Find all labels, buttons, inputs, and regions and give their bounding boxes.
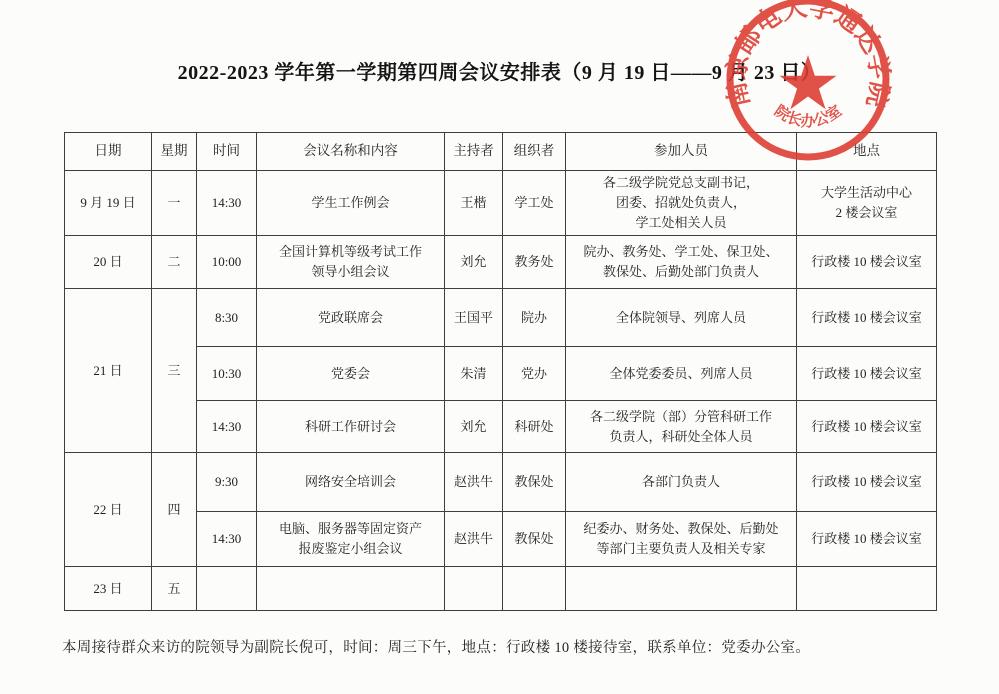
time-cell: 14:30 [197,171,257,236]
meeting-name-cell: 学生工作例会 [257,171,445,236]
table-row: 23 日 五 [65,567,937,611]
page-title: 2022-2023 学年第一学期第四周会议安排表（9 月 19 日——9 月 2… [0,56,999,85]
host-cell: 赵洪牛 [445,512,503,567]
date-cell: 21 日 [65,289,152,453]
meeting-name-cell: 全国计算机等级考试工作 领导小组会议 [257,236,445,289]
header-host: 主持者 [445,133,503,171]
host-cell: 王楷 [445,171,503,236]
participants-cell: 各二级学院党总支副书记， 团委、招就处负责人， 学工处相关人员 [566,171,797,236]
time-cell: 9:30 [197,453,257,512]
table-row: 22 日 四 9:30 网络安全培训会 赵洪牛 教保处 各部门负责人 行政楼 1… [65,453,937,512]
table-header-row: 日期 星期 时间 会议名称和内容 主持者 组织者 参加人员 地点 [65,133,937,171]
organizer-cell: 院办 [503,289,566,347]
meeting-name-cell [257,567,445,611]
organizer-cell: 教保处 [503,512,566,567]
organizer-cell: 学工处 [503,171,566,236]
host-cell: 朱清 [445,347,503,401]
weekday-cell: 三 [152,289,197,453]
time-cell: 10:30 [197,347,257,401]
participants-cell: 各部门负责人 [566,453,797,512]
location-cell: 行政楼 10 楼会议室 [797,347,937,401]
meeting-name-cell: 党政联席会 [257,289,445,347]
organizer-cell: 科研处 [503,401,566,453]
host-cell: 刘允 [445,236,503,289]
svg-text:南京邮电大学通达学院: 南京邮电大学通达学院 [722,0,894,110]
participants-cell: 院办、教务处、学工处、保卫处、 教保处、后勤处部门负责人 [566,236,797,289]
seal-office-text: 院长办公室 [771,102,845,130]
header-meeting-name: 会议名称和内容 [257,133,445,171]
organizer-cell: 党办 [503,347,566,401]
meeting-name-cell: 网络安全培训会 [257,453,445,512]
date-cell: 23 日 [65,567,152,611]
header-weekday: 星期 [152,133,197,171]
location-cell: 行政楼 10 楼会议室 [797,512,937,567]
table-row: 20 日 二 10:00 全国计算机等级考试工作 领导小组会议 刘允 教务处 院… [65,236,937,289]
location-cell: 行政楼 10 楼会议室 [797,453,937,512]
location-cell [797,567,937,611]
header-participants: 参加人员 [566,133,797,171]
host-cell: 王国平 [445,289,503,347]
weekday-cell: 四 [152,453,197,567]
weekday-cell: 一 [152,171,197,236]
meeting-name-cell: 电脑、服务器等固定资产 报废鉴定小组会议 [257,512,445,567]
participants-cell: 全体党委委员、列席人员 [566,347,797,401]
organizer-cell [503,567,566,611]
organizer-cell: 教保处 [503,453,566,512]
host-cell: 赵洪牛 [445,453,503,512]
organizer-cell: 教务处 [503,236,566,289]
table-row: 9 月 19 日 一 14:30 学生工作例会 王楷 学工处 各二级学院党总支副… [65,171,937,236]
seal-ring-text: 南京邮电大学通达学院 [722,0,894,110]
svg-text:院长办公室: 院长办公室 [771,102,845,130]
weekday-cell: 二 [152,236,197,289]
participants-cell [566,567,797,611]
date-cell: 20 日 [65,236,152,289]
scanned-meeting-schedule-page: 2022-2023 学年第一学期第四周会议安排表（9 月 19 日——9 月 2… [0,0,999,694]
participants-cell: 各二级学院（部）分管科研工作 负责人，科研处全体人员 [566,401,797,453]
header-organizer: 组织者 [503,133,566,171]
header-location: 地点 [797,133,937,171]
time-cell [197,567,257,611]
location-cell: 行政楼 10 楼会议室 [797,236,937,289]
host-cell: 刘允 [445,401,503,453]
participants-cell: 全体院领导、列席人员 [566,289,797,347]
date-cell: 22 日 [65,453,152,567]
meeting-name-cell: 科研工作研讨会 [257,401,445,453]
meeting-name-cell: 党委会 [257,347,445,401]
date-cell: 9 月 19 日 [65,171,152,236]
weekday-cell: 五 [152,567,197,611]
participants-cell: 纪委办、财务处、教保处、后勤处 等部门主要负责人及相关专家 [566,512,797,567]
time-cell: 14:30 [197,512,257,567]
time-cell: 8:30 [197,289,257,347]
location-cell: 行政楼 10 楼会议室 [797,289,937,347]
host-cell [445,567,503,611]
reception-note: 本周接待群众来访的院领导为副院长倪可，时间：周三下午，地点：行政楼 10 楼接待… [62,636,962,657]
header-date: 日期 [65,133,152,171]
meeting-schedule-table: 日期 星期 时间 会议名称和内容 主持者 组织者 参加人员 地点 9 月 19 … [64,132,937,611]
table-row: 21 日 三 8:30 党政联席会 王国平 院办 全体院领导、列席人员 行政楼 … [65,289,937,347]
time-cell: 10:00 [197,236,257,289]
header-time: 时间 [197,133,257,171]
location-cell: 行政楼 10 楼会议室 [797,401,937,453]
location-cell: 大学生活动中心 2 楼会议室 [797,171,937,236]
time-cell: 14:30 [197,401,257,453]
